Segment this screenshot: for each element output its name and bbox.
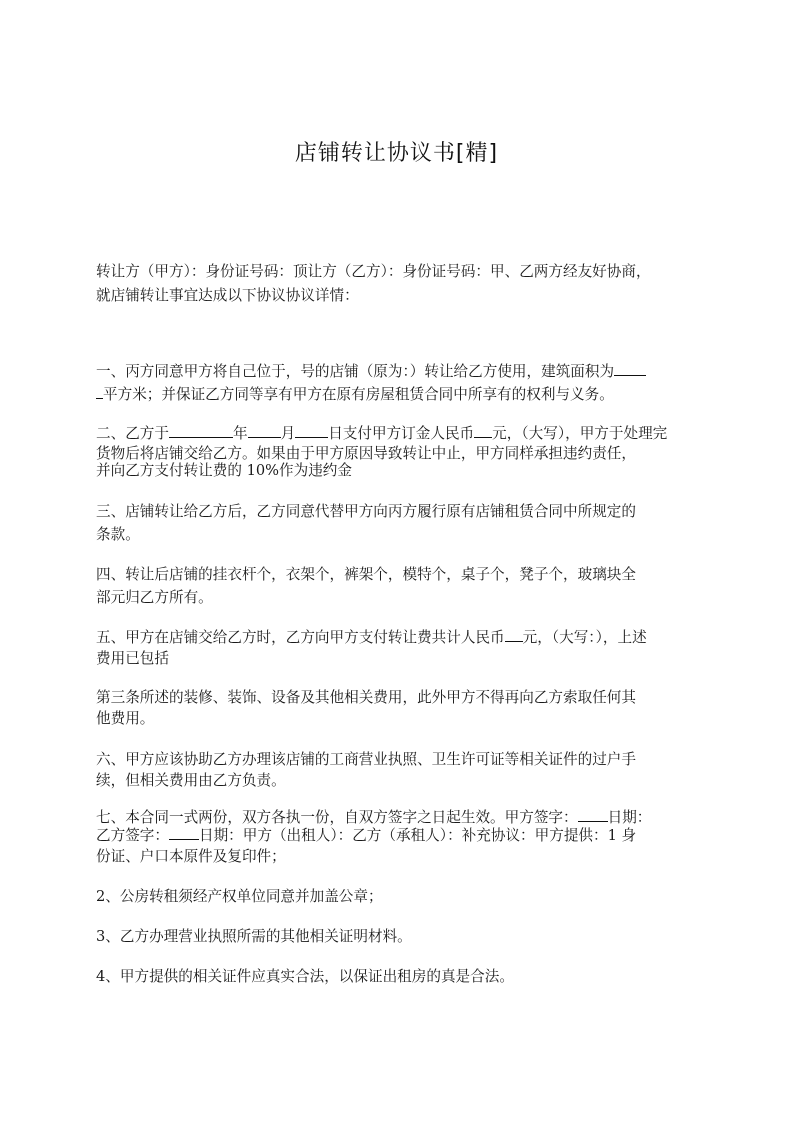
clause-5-line-1: 五、甲方在店铺交给乙方时，乙方向甲方支付转让费共计人民币元，（大写：），上述 (96, 627, 647, 647)
clause-5-text-a: 五、甲方在店铺交给乙方时，乙方向甲方支付转让费共计人民币 (96, 629, 505, 646)
clause-7-date-label-a: 日期： (608, 809, 652, 826)
clause-7-line-3: 份证、户口本原件及复印件； (96, 848, 286, 866)
fee-blank (505, 627, 523, 642)
clause-2-line-3: 并向乙方支付转让费的 10%作为违约金 (96, 462, 352, 480)
clause-3-line-1: 三、店铺转让给乙方后，乙方同意代替甲方向丙方履行原有店铺租赁合同中所规定的 (96, 503, 636, 521)
clause-1-text-b: 平方米；并保证乙方同等享有甲方在原有房屋租赁合同中所享有的权利与义务。 (103, 386, 614, 403)
day-blank (295, 423, 328, 438)
intro-line-2: 就店铺转让事宜达成以下协议协议详情： (96, 287, 359, 305)
clause-1-line-1: 一、丙方同意甲方将自己位于，号的店铺（原为：）转让给乙方使用，建筑面积为 (96, 361, 646, 381)
party-b-signature-blank (169, 825, 199, 840)
party-a-signature-blank (578, 807, 608, 822)
deposit-blank (474, 423, 492, 438)
clause-4-line-1: 四、转让后店铺的挂衣杆个，衣架个，裤架个，模特个，桌子个，凳子个，玻璃块全 (96, 566, 636, 584)
clause-7-text-b: 日期：甲方（出租人）：乙方（承租人）：补充协议：甲方提供：1 身 (199, 827, 636, 844)
clause-7-text-a: 七、本合同一式两份，双方各执一份，自双方签字之日起生效。甲方签字： (96, 809, 578, 826)
clause-2-text-d: 日支付甲方订金人民币 (328, 425, 474, 442)
clause-1-line-2: 平方米；并保证乙方同等享有甲方在原有房屋租赁合同中所享有的权利与义务。 (96, 384, 614, 404)
year-blank (169, 423, 233, 438)
clause-7-party-b-label: 乙方签字： (96, 827, 169, 844)
clause-5b-line-1: 第三条所述的装修、装饰、设备及其他相关费用，此外甲方不得再向乙方索取任何其 (96, 689, 636, 707)
area-blank-1 (614, 361, 646, 376)
supplement-item-2: 2、公房转租须经产权单位同意并加盖公章； (96, 888, 383, 906)
clause-1-text-a: 一、丙方同意甲方将自己位于，号的店铺（原为：）转让给乙方使用，建筑面积为 (96, 363, 614, 380)
clause-4-line-2: 部元归乙方所有。 (96, 589, 213, 607)
clause-7-line-1: 七、本合同一式两份，双方各执一份，自双方签字之日起生效。甲方签字：日期： (96, 807, 651, 827)
document-title: 店铺转让协议书[精] (0, 136, 793, 167)
clause-5-text-b: 元，（大写：），上述 (523, 629, 647, 646)
supplement-item-4: 4、甲方提供的相关证件应真实合法，以保证出租房的真是合法。 (96, 968, 514, 986)
clause-3-line-2: 条款。 (96, 526, 140, 544)
clause-2-line-1: 二、乙方于年月日支付甲方订金人民币元，（大写），甲方于处理完 (96, 423, 667, 443)
year-label: 年 (233, 425, 248, 442)
month-blank (248, 423, 281, 438)
clause-5-line-2: 费用已包括 (96, 650, 169, 668)
clause-2-line-2: 货物后将店铺交给乙方。如果由于甲方原因导致转让中止，甲方同样承担违约责任， (96, 445, 636, 463)
clause-6-line-2: 续，但相关费用由乙方负责。 (96, 772, 286, 790)
clause-2-text-e: 元，（大写），甲方于处理完 (492, 425, 667, 442)
clause-2-text-a: 二、乙方于 (96, 425, 169, 442)
month-label: 月 (281, 425, 296, 442)
clause-5b-line-2: 他费用。 (96, 710, 154, 728)
intro-line-1: 转让方（甲方）：身份证号码：顶让方（乙方）：身份证号码：甲、乙两方经友好协商， (96, 263, 651, 281)
clause-7-line-2: 乙方签字：日期：甲方（出租人）：乙方（承租人）：补充协议：甲方提供：1 身 (96, 825, 636, 845)
clause-6-line-1: 六、甲方应该协助乙方办理该店铺的工商营业执照、卫生许可证等相关证件的过户手 (96, 751, 636, 769)
supplement-item-3: 3、乙方办理营业执照所需的其他相关证明材料。 (96, 928, 412, 946)
document-page: 店铺转让协议书[精] 转让方（甲方）：身份证号码：顶让方（乙方）：身份证号码：甲… (0, 0, 793, 1122)
area-blank-2 (96, 384, 103, 399)
